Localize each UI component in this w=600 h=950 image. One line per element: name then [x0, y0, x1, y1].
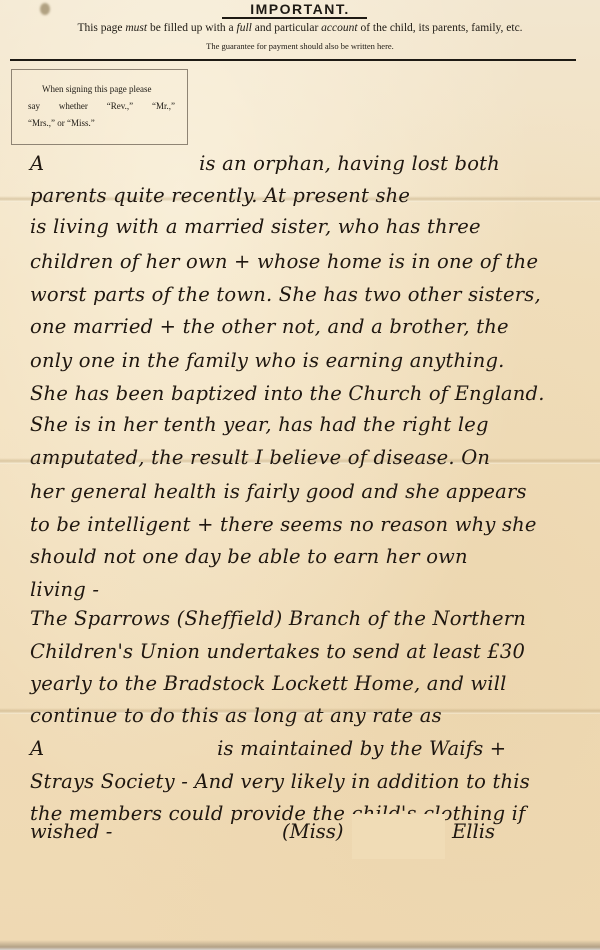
letter-line: her general health is fairly good and sh… — [30, 480, 598, 503]
letter-line: She is in her tenth year, has had the ri… — [30, 413, 598, 436]
header-rule — [10, 59, 576, 61]
instruction-part: and particular — [252, 22, 321, 34]
letter-line: one married + the other not, and a broth… — [30, 315, 598, 338]
signature-title: (Miss) — [282, 820, 343, 843]
letter-text: A — [30, 152, 44, 175]
signing-line-2: say whether “Rev.,” “Mr.,” — [28, 98, 175, 115]
letter-line: children of her own + whose home is in o… — [30, 250, 598, 273]
instruction-part: be filled up with a — [147, 22, 236, 34]
letter-line: amputated, the result I believe of disea… — [30, 446, 598, 469]
letter-line: only one in the family who is earning an… — [30, 349, 598, 372]
signing-line-3: “Mrs.,” or “Miss.” — [28, 115, 175, 132]
instruction-part: This page — [77, 22, 125, 34]
letter-line: Strays Society - And very likely in addi… — [30, 770, 598, 793]
closing-text: wished - — [30, 820, 112, 843]
signing-word: “Rev.,” — [107, 98, 133, 115]
letter-line: Children's Union undertakes to send at l… — [30, 640, 598, 663]
letter-line: is living with a married sister, who has… — [30, 215, 598, 238]
redacted-signature — [352, 814, 445, 859]
letter-line: should not one day be able to earn her o… — [30, 545, 598, 568]
guarantee-note: The guarantee for payment should also be… — [0, 41, 600, 51]
signing-word: say — [28, 98, 40, 115]
letter-line: worst parts of the town. She has two oth… — [30, 283, 598, 306]
instruction-text: This page must be filled up with a full … — [0, 22, 600, 34]
instruction-emphasis-account: account — [321, 22, 357, 34]
letter-line: yearly to the Bradstock Lockett Home, an… — [30, 672, 598, 695]
signing-word: whether — [59, 98, 88, 115]
signing-word: “Mr.,” — [152, 98, 175, 115]
signing-instructions-box: When signing this page please say whethe… — [11, 69, 188, 145]
letter-text: A — [30, 737, 44, 760]
letter-line: continue to do this as long at any rate … — [30, 704, 598, 727]
letter-line: She has been baptized into the Church of… — [30, 382, 598, 405]
instruction-emphasis-full: full — [237, 22, 252, 34]
signing-line-1: When signing this page please — [28, 81, 175, 98]
instruction-emphasis-must: must — [125, 22, 147, 34]
paper-edge — [0, 940, 600, 950]
letter-text: is an orphan, having lost both — [199, 152, 500, 175]
signature-surname: Ellis — [452, 820, 495, 843]
letter-line: The Sparrows (Sheffield) Branch of the N… — [30, 607, 598, 630]
important-heading: IMPORTANT. — [0, 1, 600, 17]
letter-line: parents quite recently. At present she — [30, 184, 598, 207]
letter-text: is maintained by the Waifs + — [217, 737, 506, 760]
letter-line: living - — [30, 578, 598, 601]
letter-line: A is an orphan, having lost both — [30, 152, 598, 175]
letter-line: to be intelligent + there seems no reaso… — [30, 513, 598, 536]
instruction-part: of the child, its parents, family, etc. — [358, 22, 523, 34]
letter-line: A is maintained by the Waifs + — [30, 737, 598, 760]
heading-underline — [222, 17, 367, 19]
